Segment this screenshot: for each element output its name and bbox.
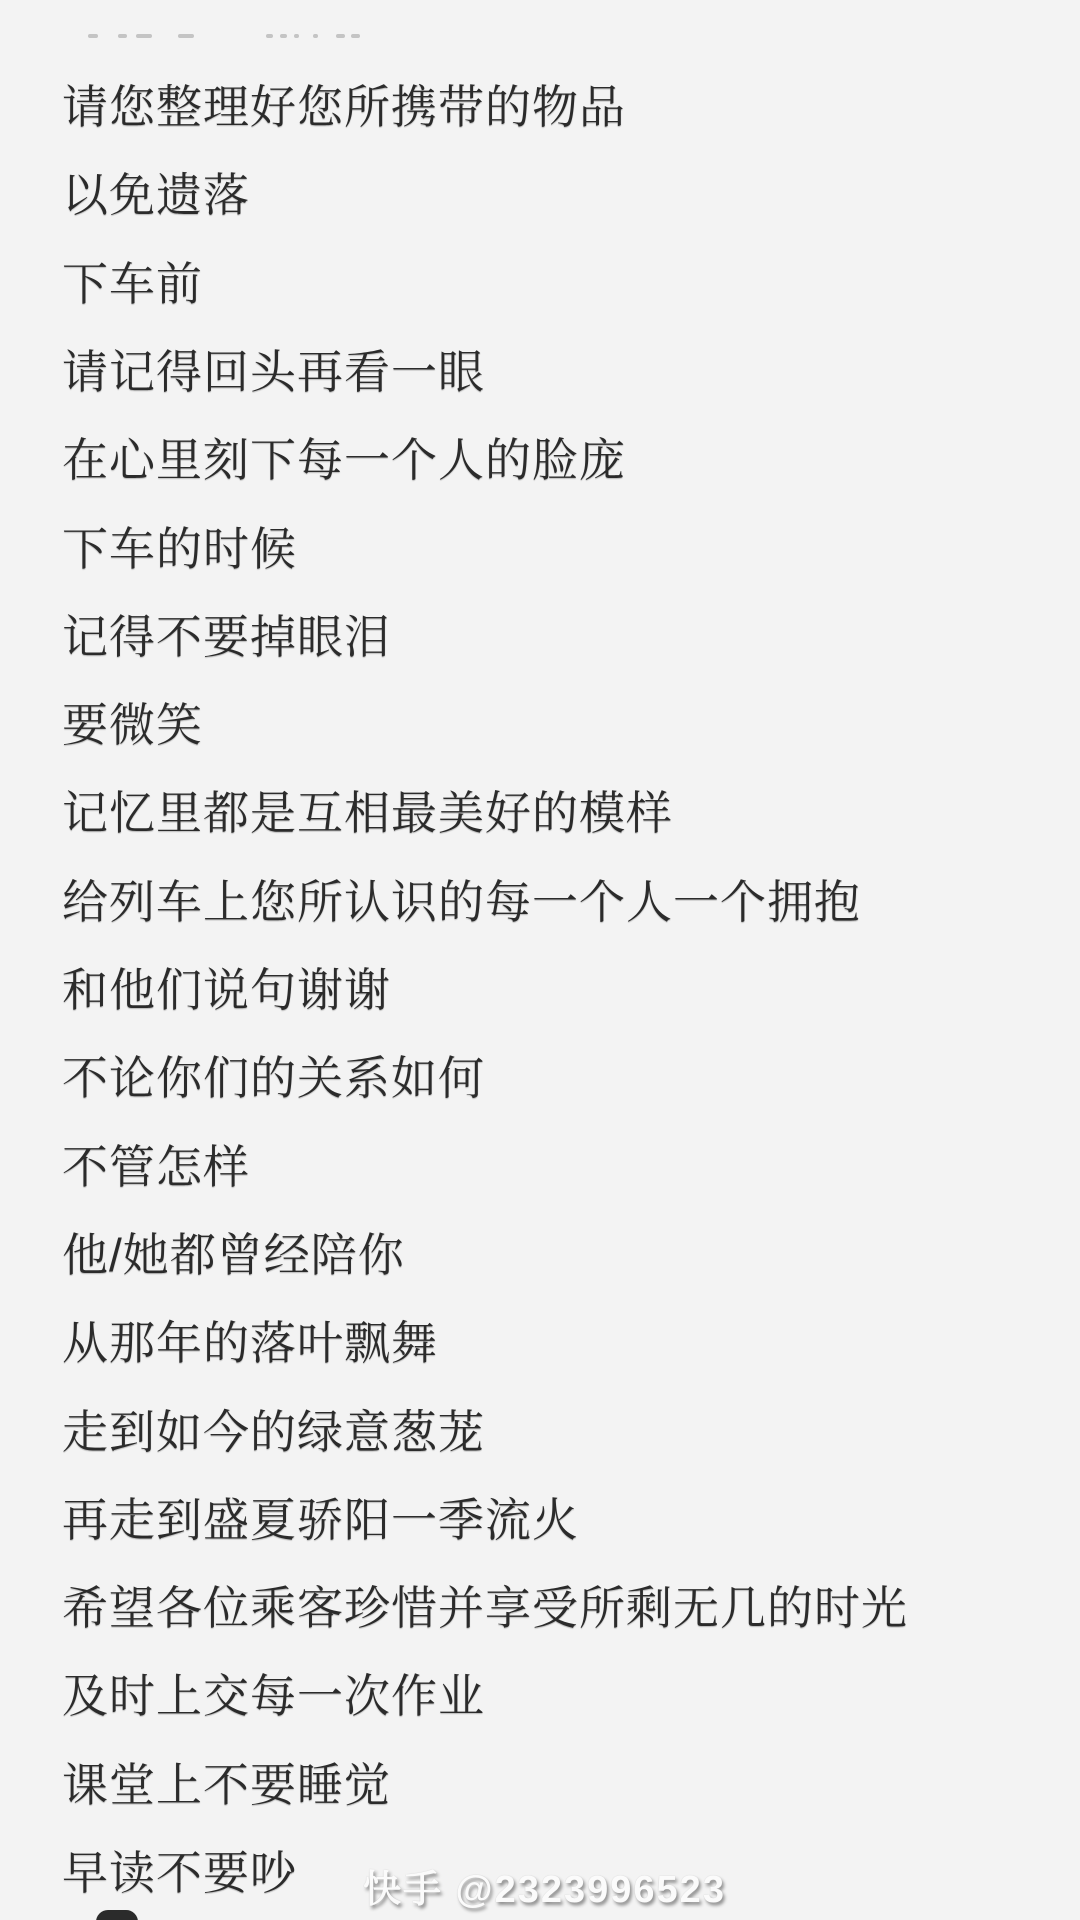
text-line: 下车前 bbox=[62, 260, 203, 308]
text-line: 他/她都曾经陪你 bbox=[62, 1231, 405, 1279]
text-line: 以免遗落 bbox=[62, 171, 250, 219]
text-line: 不论你们的关系如何 bbox=[62, 1054, 485, 1102]
text-line: 给列车上您所认识的每一个人一个拥抱 bbox=[62, 878, 861, 926]
text-line: 记得不要掉眼泪 bbox=[62, 613, 391, 661]
text-line: 要微笑 bbox=[62, 701, 203, 749]
text-line: 希望各位乘客珍惜并享受所剩无几的时光 bbox=[62, 1584, 908, 1632]
text-line: 请记得回头再看一眼 bbox=[62, 348, 485, 396]
text-line: 下车的时候 bbox=[62, 525, 297, 573]
text-line: 在心里刻下每一个人的脸庞 bbox=[62, 436, 626, 484]
text-line: 从那年的落叶飘舞 bbox=[62, 1319, 438, 1367]
cropped-character-remnant bbox=[96, 1910, 138, 1920]
cropped-text-remnant bbox=[0, 34, 1080, 42]
text-line: 课堂上不要睡觉 bbox=[62, 1761, 391, 1809]
text-line: 再走到盛夏骄阳一季流火 bbox=[62, 1496, 579, 1544]
kuaishou-watermark: 快手 @2323996523 bbox=[363, 1858, 726, 1913]
text-line: 早读不要吵 bbox=[62, 1849, 297, 1897]
text-line: 走到如今的绿意葱茏 bbox=[62, 1408, 485, 1456]
screenshot-page: 请您整理好您所携带的物品以免遗落下车前请记得回头再看一眼在心里刻下每一个人的脸庞… bbox=[0, 0, 1080, 1920]
text-line: 及时上交每一次作业 bbox=[62, 1672, 485, 1720]
text-line: 记忆里都是互相最美好的模样 bbox=[62, 789, 673, 837]
text-line: 和他们说句谢谢 bbox=[62, 966, 391, 1014]
text-line: 请您整理好您所携带的物品 bbox=[62, 83, 626, 131]
text-line: 不管怎样 bbox=[62, 1143, 250, 1191]
